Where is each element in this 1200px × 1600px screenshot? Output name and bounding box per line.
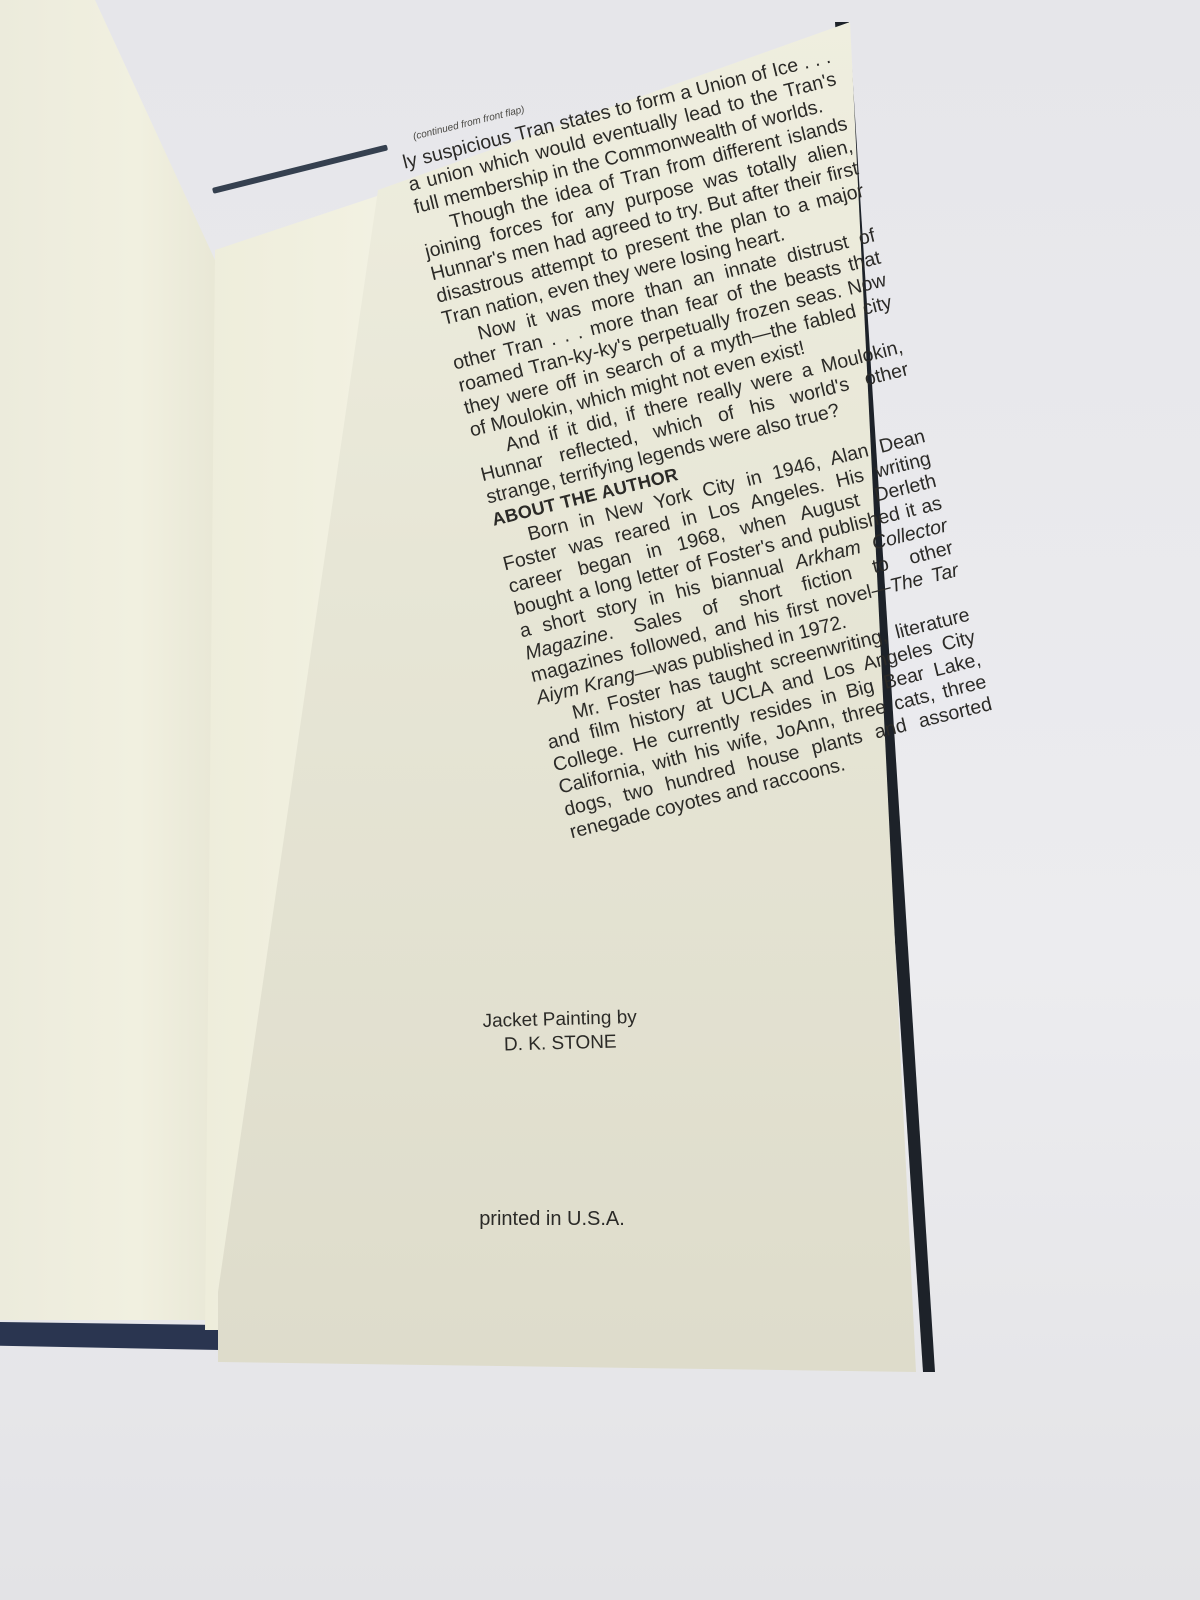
book-board-bottom-edge — [0, 1322, 220, 1350]
printed-in-usa: printed in U.S.A. — [452, 1208, 652, 1231]
jacket-credit: Jacket Painting by D. K. STONE — [429, 1005, 690, 1060]
